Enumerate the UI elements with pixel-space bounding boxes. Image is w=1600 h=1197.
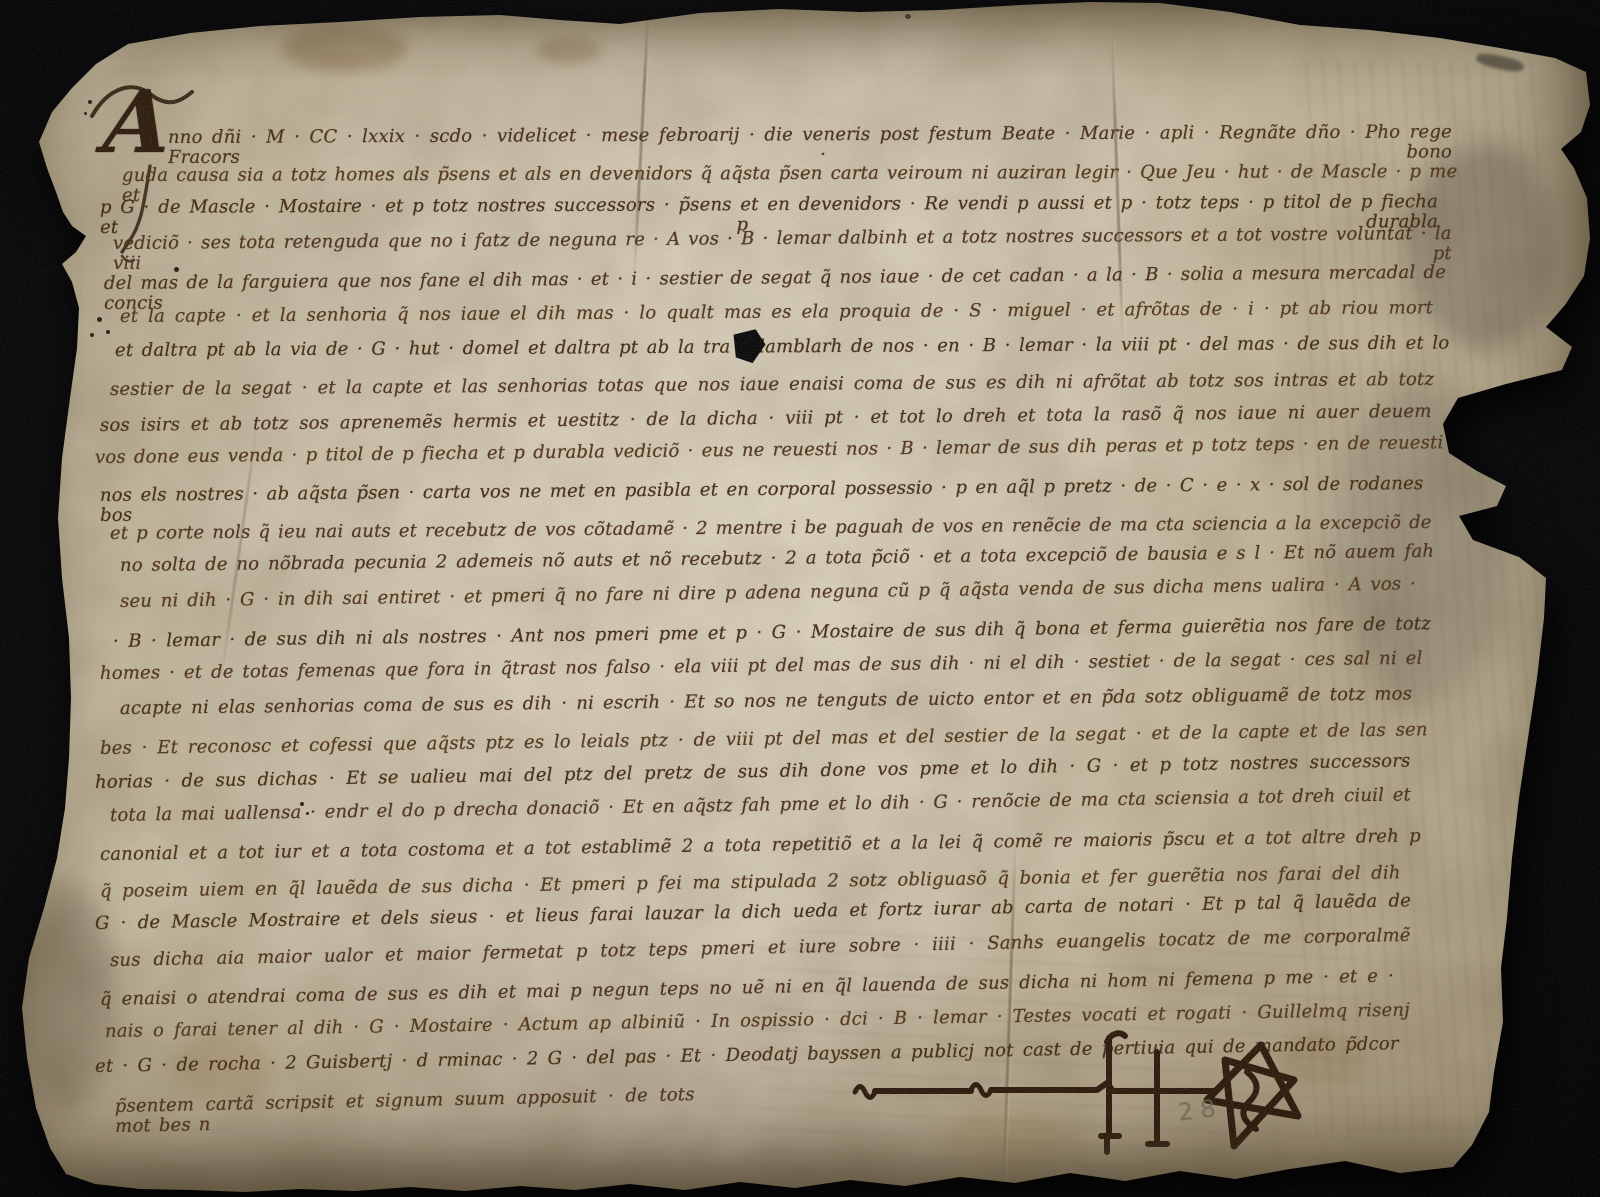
parchment: A nno dñi · M · CC · lxxix · scdo · vide… — [0, 0, 1600, 1197]
manuscript-line: homes · et de totas femenas que fora in … — [100, 649, 1423, 684]
manuscript-line: p̃sentem cartã scripsit et signum suum a… — [115, 1085, 696, 1137]
manuscript-line: sos isirs et ab totz sos aprenemẽs hermi… — [100, 401, 1432, 435]
manuscript-line: · B · lemar · de sus dih ni als nostres … — [113, 614, 1431, 652]
manuscript-line: sus dicha aia maior ualor et maior ferme… — [110, 926, 1411, 971]
manuscript-line: tota la mai uallensa · endr el do p drec… — [110, 785, 1411, 826]
manuscript-line: et daltra pt ab la via de · G · hut · do… — [115, 333, 1450, 360]
notary-sign-icon — [845, 1020, 1315, 1165]
manuscript-line: vos done eus venda · p titol de p fiecha… — [95, 433, 1444, 468]
photo-background: A nno dñi · M · CC · lxxix · scdo · vide… — [0, 0, 1600, 1197]
manuscript-line: seu ni dih · G · in dih sai entiret · et… — [120, 575, 1416, 613]
manuscript-line: acapte ni elas senhorias coma de sus es … — [120, 684, 1412, 719]
manuscript-text: nno dñi · M · CC · lxxix · scdo · videli… — [0, 0, 1600, 1197]
manuscript-line: canonial et a tot iur et a tota costoma … — [100, 826, 1421, 864]
archival-number: 28 — [1176, 1093, 1224, 1126]
manuscript-line: no solta de no nõbrada pecunia 2 ademeis… — [120, 542, 1434, 576]
manuscript-line: sestier de la segat · et la capte et las… — [110, 370, 1434, 400]
charter-photo: A nno dñi · M · CC · lxxix · scdo · vide… — [0, 0, 1600, 1197]
